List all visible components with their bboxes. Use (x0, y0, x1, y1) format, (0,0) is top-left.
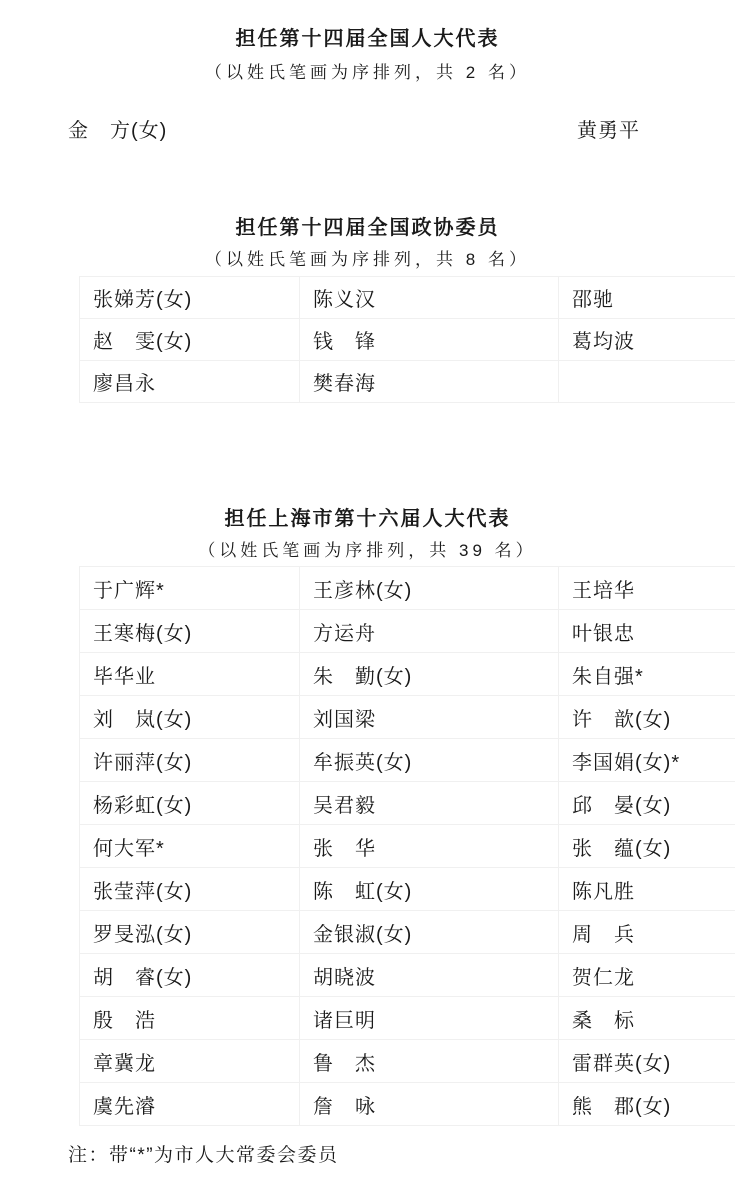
section-title: 担任第十四届全国人大代表 (0, 27, 735, 52)
name-cell: 牟振英(女) (300, 739, 559, 782)
table-row: 于广辉* 王彦林(女) 王培华 (80, 567, 735, 610)
name-cell: 朱自强* (559, 653, 735, 696)
section-subtitle: （以姓氏笔画为序排列，共 2 名） (0, 62, 735, 84)
members-table: 于广辉* 王彦林(女) 王培华 王寒梅(女) 方运舟 叶银忠 毕华业 朱 勤(女… (79, 566, 735, 1126)
table-row: 张莹萍(女) 陈 虹(女) 陈凡胜 (80, 868, 735, 911)
name-cell: 张莹萍(女) (80, 868, 300, 911)
name-cell: 胡晓波 (300, 954, 559, 997)
section-shanghai-npc: 担任上海市第十六届人大代表 （以姓氏笔画为序排列，共 39 名） 于广辉* 王彦… (0, 507, 735, 1126)
name-cell: 罗旻泓(女) (80, 911, 300, 954)
name-cell: 王培华 (559, 567, 735, 610)
name-cell: 于广辉* (80, 567, 300, 610)
section-national-npc: 担任第十四届全国人大代表 （以姓氏笔画为序排列，共 2 名） 金 方(女) 黄勇… (0, 27, 735, 143)
name-cell: 詹 咏 (300, 1083, 559, 1126)
document-page: 担任第十四届全国人大代表 （以姓氏笔画为序排列，共 2 名） 金 方(女) 黄勇… (0, 0, 735, 1200)
name-cell: 熊 郡(女) (559, 1083, 735, 1126)
name-cell: 诸巨明 (300, 997, 559, 1040)
table-row: 何大军* 张 华 张 蕴(女) (80, 825, 735, 868)
name-cell: 陈凡胜 (559, 868, 735, 911)
name-cell: 虞先濬 (80, 1083, 300, 1126)
table-row: 廖昌永 樊春海 (80, 361, 735, 403)
name-cell: 朱 勤(女) (300, 653, 559, 696)
table-row: 殷 浩 诸巨明 桑 标 (80, 997, 735, 1040)
name-cell: 胡 睿(女) (80, 954, 300, 997)
name-cell: 王彦林(女) (300, 567, 559, 610)
members-table: 张娣芳(女) 陈义汉 邵驰 赵 雯(女) 钱 锋 葛均波 廖昌永 樊春海 (79, 276, 735, 403)
table-row: 杨彩虹(女) 吴君毅 邱 晏(女) (80, 782, 735, 825)
table-row: 许丽萍(女) 牟振英(女) 李国娟(女)* (80, 739, 735, 782)
name-cell: 叶银忠 (559, 610, 735, 653)
name-cell: 章冀龙 (80, 1040, 300, 1083)
name-cell: 何大军* (80, 825, 300, 868)
name-cell: 樊春海 (300, 361, 559, 403)
table-row: 张娣芳(女) 陈义汉 邵驰 (80, 277, 735, 319)
table-row: 罗旻泓(女) 金银淑(女) 周 兵 (80, 911, 735, 954)
section-subtitle: （以姓氏笔画为序排列，共 39 名） (0, 540, 735, 562)
name-cell: 殷 浩 (80, 997, 300, 1040)
name-cell: 张 华 (300, 825, 559, 868)
table-row: 王寒梅(女) 方运舟 叶银忠 (80, 610, 735, 653)
name-cell: 王寒梅(女) (80, 610, 300, 653)
name-right: 黄勇平 (577, 119, 640, 143)
name-cell: 杨彩虹(女) (80, 782, 300, 825)
section-subtitle: （以姓氏笔画为序排列，共 8 名） (0, 249, 735, 271)
name-cell: 邵驰 (559, 277, 735, 319)
table-row: 虞先濬 詹 咏 熊 郡(女) (80, 1083, 735, 1126)
name-cell: 方运舟 (300, 610, 559, 653)
name-cell: 贺仁龙 (559, 954, 735, 997)
name-cell: 刘国梁 (300, 696, 559, 739)
name-cell: 许丽萍(女) (80, 739, 300, 782)
name-cell: 李国娟(女)* (559, 739, 735, 782)
name-cell: 张娣芳(女) (80, 277, 300, 319)
table-row: 毕华业 朱 勤(女) 朱自强* (80, 653, 735, 696)
section-title: 担任上海市第十六届人大代表 (0, 507, 735, 532)
name-cell: 雷群英(女) (559, 1040, 735, 1083)
name-cell: 廖昌永 (80, 361, 300, 403)
name-cell: 许 歆(女) (559, 696, 735, 739)
table-row: 赵 雯(女) 钱 锋 葛均波 (80, 319, 735, 361)
name-cell: 金银淑(女) (300, 911, 559, 954)
name-cell: 葛均波 (559, 319, 735, 361)
name-cell: 毕华业 (80, 653, 300, 696)
name-cell: 陈义汉 (300, 277, 559, 319)
name-row: 金 方(女) 黄勇平 (68, 119, 640, 143)
name-cell: 周 兵 (559, 911, 735, 954)
name-cell (559, 361, 735, 403)
table-row: 胡 睿(女) 胡晓波 贺仁龙 (80, 954, 735, 997)
name-cell: 张 蕴(女) (559, 825, 735, 868)
name-cell: 邱 晏(女) (559, 782, 735, 825)
section-national-cppcc: 担任第十四届全国政协委员 （以姓氏笔画为序排列，共 8 名） 张娣芳(女) 陈义… (0, 216, 735, 403)
section-title: 担任第十四届全国政协委员 (0, 216, 735, 241)
name-cell: 鲁 杰 (300, 1040, 559, 1083)
name-left: 金 方(女) (68, 119, 167, 143)
name-cell: 吴君毅 (300, 782, 559, 825)
name-cell: 赵 雯(女) (80, 319, 300, 361)
name-cell: 陈 虹(女) (300, 868, 559, 911)
table-row: 章冀龙 鲁 杰 雷群英(女) (80, 1040, 735, 1083)
name-cell: 刘 岚(女) (80, 696, 300, 739)
table-row: 刘 岚(女) 刘国梁 许 歆(女) (80, 696, 735, 739)
footnote: 注：带“*”为市人大常委会委员 (68, 1143, 735, 1168)
name-cell: 桑 标 (559, 997, 735, 1040)
name-cell: 钱 锋 (300, 319, 559, 361)
